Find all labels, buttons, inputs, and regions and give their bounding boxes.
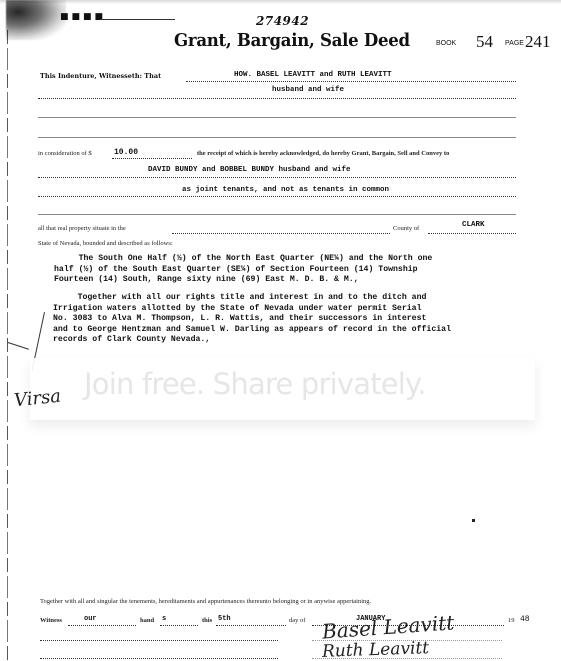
day-line bbox=[216, 625, 286, 626]
scan-smudge bbox=[6, 0, 66, 40]
hand-line bbox=[160, 625, 198, 626]
county-value: CLARK bbox=[462, 221, 485, 229]
consideration-amount: 10.00 bbox=[114, 148, 138, 157]
grantor-line bbox=[186, 81, 516, 82]
situate-line bbox=[172, 233, 390, 234]
blank-line-2 bbox=[38, 117, 516, 118]
scan-marks: ■■■■ bbox=[60, 12, 106, 22]
year-value: 48 bbox=[520, 615, 530, 624]
margin-pencil-tick bbox=[8, 342, 29, 350]
scan-rule bbox=[100, 19, 175, 20]
state-label: State of Nevada, bounded and described a… bbox=[38, 240, 173, 247]
rights-line: and to George Hentzman and Samuel W. Dar… bbox=[53, 325, 451, 336]
description-line: Fourteen (14) South, Range sixty nine (6… bbox=[54, 275, 432, 286]
description-line: The South One Half (½) of the North East… bbox=[54, 254, 432, 265]
book-number: 54 bbox=[476, 32, 493, 52]
this-label: this bbox=[202, 617, 212, 624]
grantee-line bbox=[38, 177, 516, 178]
county-label: County of bbox=[393, 225, 419, 232]
witness-value: our bbox=[84, 615, 97, 623]
rights-line: Irrigation waters allotted by the State … bbox=[53, 304, 451, 315]
witness-signature-line-2 bbox=[40, 658, 278, 659]
year-prefix: 19 bbox=[508, 617, 515, 624]
document-number: 274942 bbox=[256, 14, 309, 28]
day-value: 5th bbox=[218, 615, 231, 623]
indenture-label: This Indenture, Witnesseth: That bbox=[40, 72, 161, 80]
page-number: 241 bbox=[525, 32, 551, 52]
consideration-label: in consideration of $ bbox=[38, 150, 92, 157]
blank-line-3 bbox=[38, 137, 516, 138]
witness-label: Witness bbox=[40, 617, 62, 624]
signature-grantor-2: Ruth Leavitt bbox=[322, 638, 430, 661]
hand-suffix: s bbox=[162, 615, 166, 623]
witness-signature-line-1 bbox=[40, 640, 278, 641]
legal-description: The South One Half (½) of the North East… bbox=[54, 254, 432, 286]
description-line: half (½) of the South East Quarter (SE¼)… bbox=[54, 265, 432, 276]
left-margin-rule bbox=[7, 30, 8, 660]
rights-line: records of Clark County Nevada., bbox=[53, 335, 451, 346]
witness-line bbox=[68, 625, 136, 626]
grantee-names: DAVID BUNDY and BOBBEL BUNDY husband and… bbox=[148, 166, 351, 174]
tenancy-line bbox=[38, 196, 516, 197]
blank-line-4 bbox=[38, 214, 516, 215]
book-label: BOOK bbox=[436, 40, 456, 47]
consideration-text: the receipt of which is hereby acknowled… bbox=[197, 150, 449, 157]
hand-label: hand bbox=[140, 617, 154, 624]
rights-line: Together with all our rights title and i… bbox=[53, 293, 451, 304]
appurtenances-clause: Together with all and singular the tenem… bbox=[40, 598, 560, 605]
blank-line-1 bbox=[38, 98, 516, 99]
day-of-label: day of bbox=[289, 617, 305, 624]
amount-line bbox=[112, 158, 192, 159]
scan-top-shadow bbox=[0, 0, 561, 4]
county-line bbox=[428, 233, 516, 234]
grantor-names: HOW. BASEL LEAVITT and RUTH LEAVITT bbox=[234, 71, 392, 79]
rights-line: No. 3083 to Alva M. Thompson, L. R. Watt… bbox=[53, 314, 451, 325]
rights-clause: Together with all our rights title and i… bbox=[53, 293, 451, 346]
grantor-relation: husband and wife bbox=[272, 86, 344, 94]
tenancy-clause: as joint tenants, and not as tenants in … bbox=[182, 186, 389, 194]
scan-speck bbox=[472, 519, 475, 522]
watermark-text: Join free. Share privately. bbox=[84, 367, 426, 401]
deed-title: Grant, Bargain, Sale Deed bbox=[174, 30, 410, 51]
situate-label: all that real property situate in the bbox=[38, 225, 126, 232]
deed-page: ■■■■ 274942 Grant, Bargain, Sale Deed BO… bbox=[0, 0, 561, 661]
page-label: PAGE bbox=[505, 40, 524, 47]
